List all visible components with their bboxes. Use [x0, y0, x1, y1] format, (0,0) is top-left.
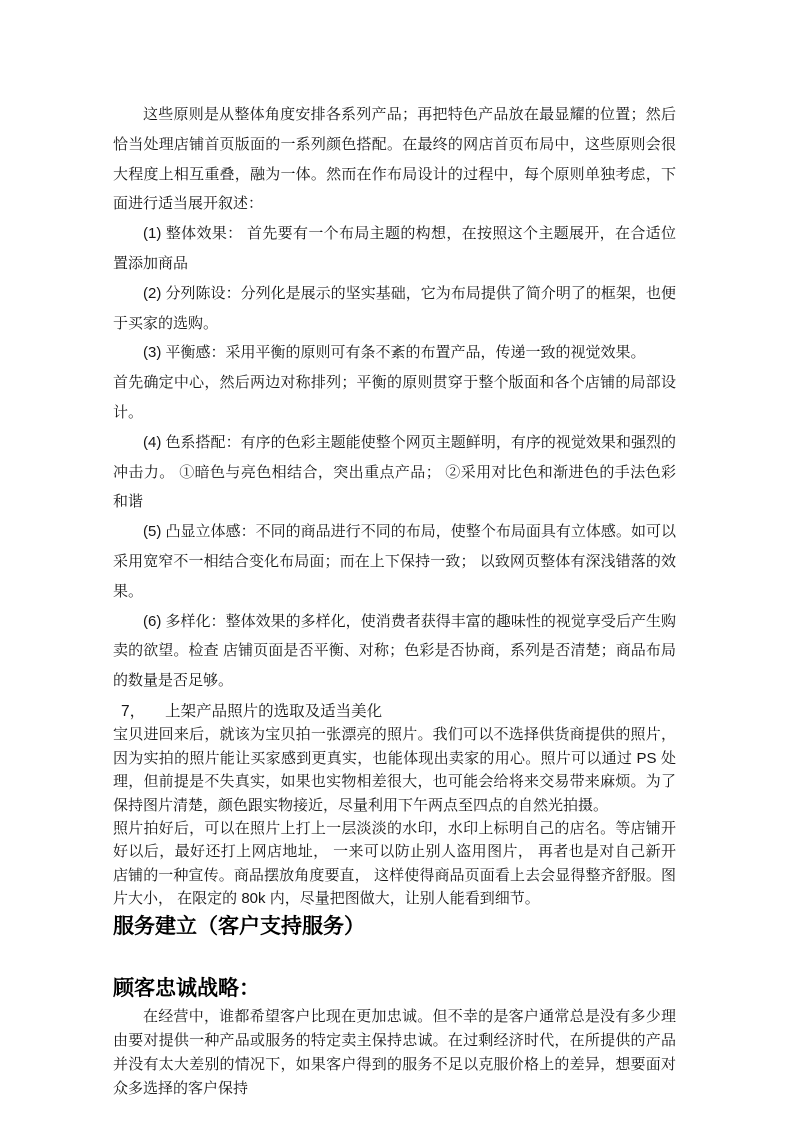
section-7-number: 7，	[121, 703, 145, 720]
principle-item-5: (5) 凸显立体感：不同的商品进行不同的布局，使整个布局面具有立体感。如可以采用…	[113, 517, 676, 606]
photo-paragraph-1: 宝贝进回来后，就该为宝贝拍一张漂亮的照片。我们可以不选择供货商提供的照片，因为实…	[113, 723, 676, 817]
principle-item-2: (2) 分列陈设：分列化是展示的坚实基础，它为布局提供了简介明了的框架，也便于买…	[113, 279, 676, 339]
customer-loyalty-heading: 顾客忠诚战略：	[113, 973, 676, 1005]
principle-item-1: (1) 整体效果： 首先要有一个布局主题的构想，在按照这个主题展开，在合适位置添…	[113, 219, 676, 279]
section-7-title: 上架产品照片的选取及适当美化	[165, 703, 382, 720]
section-7-heading: 7，上架产品照片的选取及适当美化	[113, 700, 676, 723]
principle-item-6: (6) 多样化：整体效果的多样化，使消费者获得丰富的趣味性的视觉享受后产生购卖的…	[113, 607, 676, 696]
section-photo-selection: 7，上架产品照片的选取及适当美化 宝贝进回来后，就该为宝贝拍一张漂亮的照片。我们…	[113, 700, 676, 911]
principle-item-3: (3) 平衡感：采用平衡的原则可有条不紊的布置产品，传递一致的视觉效果。	[113, 338, 676, 368]
intro-paragraph: 这些原则是从整体角度安排各系列产品；再把特色产品放在最显耀的位置；然后恰当处理店…	[113, 100, 676, 219]
document-page: 这些原则是从整体角度安排各系列产品；再把特色产品放在最显耀的位置；然后恰当处理店…	[0, 0, 793, 1122]
customer-loyalty-paragraph: 在经营中，谁都希望客户比现在更加忠诚。但不幸的是客户通常总是没有多少理由要对提供…	[113, 1005, 676, 1102]
photo-paragraph-2: 照片拍好后，可以在照片上打上一层淡淡的水印，水印上标明自己的店名。等店铺开好以后…	[113, 817, 676, 911]
service-setup-heading: 服务建立（客户支持服务）	[113, 911, 676, 943]
principle-item-4: (4) 色系搭配：有序的色彩主题能使整个网页主题鲜明，有序的视觉效果和强烈的冲击…	[113, 428, 676, 517]
principle-item-3-continued: 首先确定中心，然后两边对称排列；平衡的原则贯穿于整个版面和各个店铺的局部设计。	[113, 368, 676, 428]
